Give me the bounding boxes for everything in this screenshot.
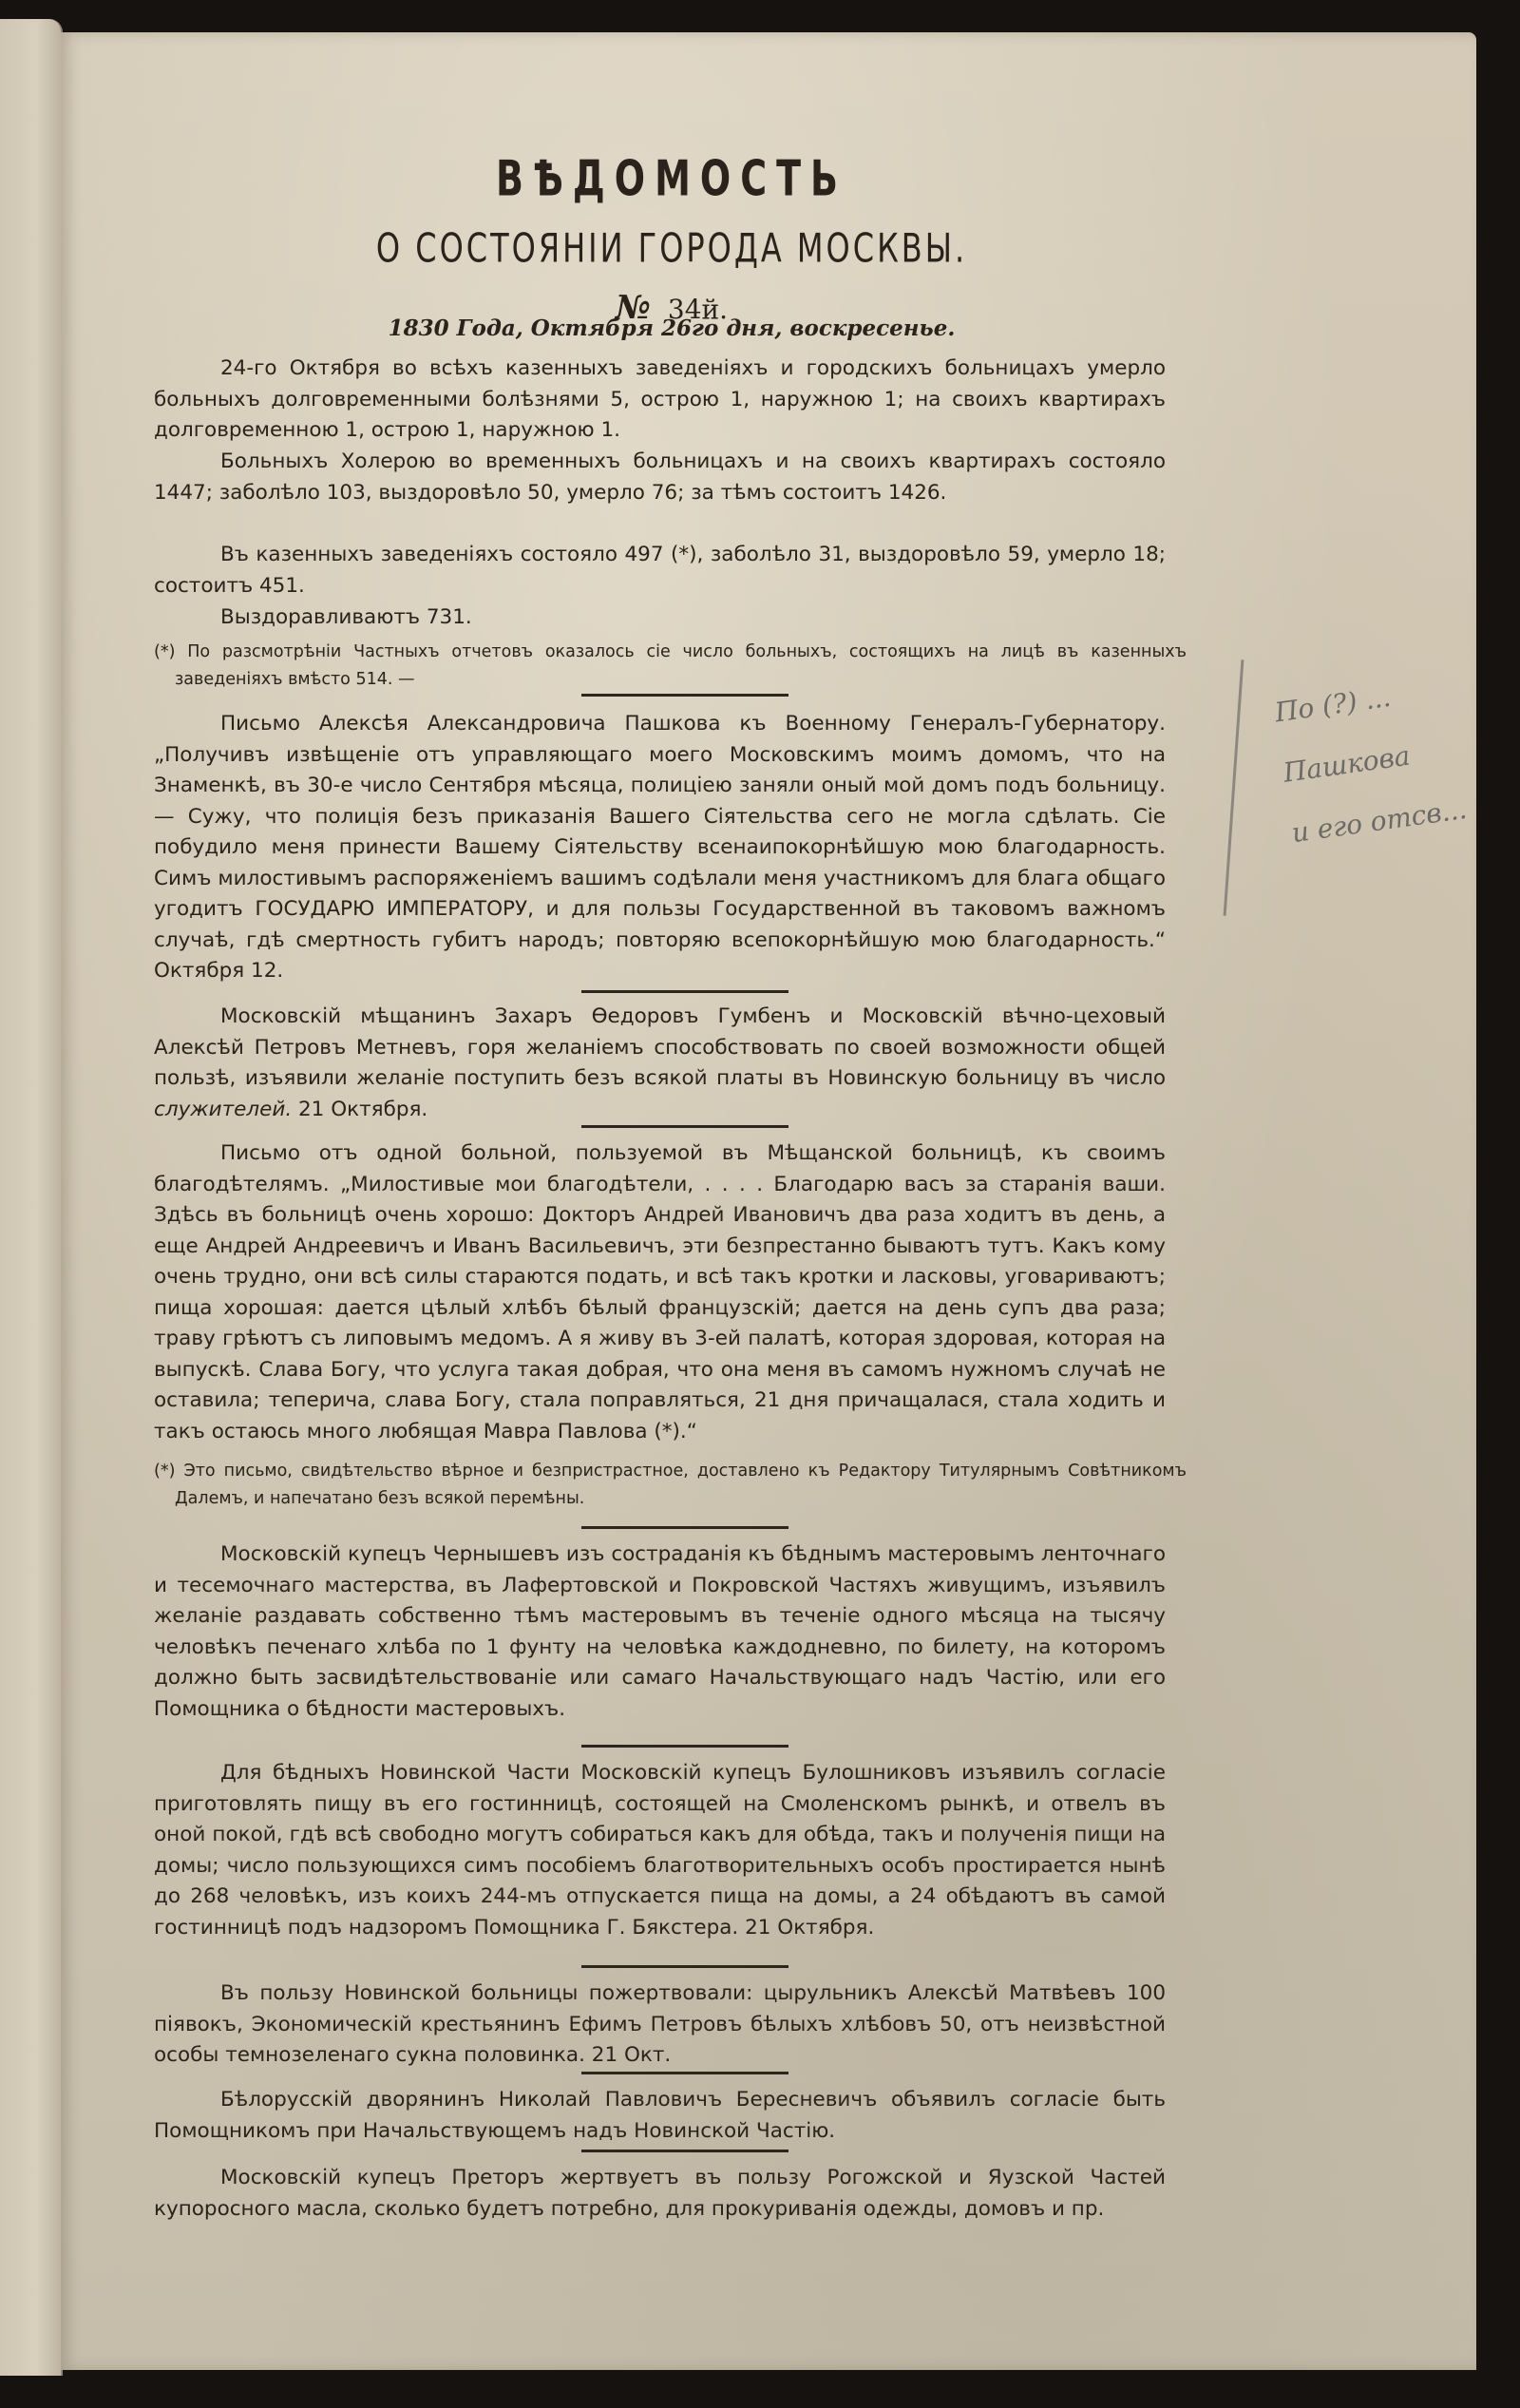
- article-pashkov-letter: Письмо Алексѣя Александровича Пашкова къ…: [154, 709, 1166, 987]
- section-divider: [581, 694, 788, 697]
- section-divider: [581, 2150, 788, 2152]
- article-chernyshev-bread: Московскій купецъ Чернышевъ изъ сострада…: [154, 1539, 1166, 1725]
- article-patient-letter-footnote: (*) Это письмо, свидѣтельство вѣрное и б…: [154, 1458, 1187, 1513]
- section-divider: [581, 1965, 788, 1968]
- report-paragraph-cholera: Больныхъ Холерою во временныхъ больницах…: [154, 447, 1166, 508]
- section-divider: [581, 1745, 788, 1748]
- masthead-title: ВѢДОМОСТЬ: [154, 150, 1189, 206]
- article-beresnevich: Бѣлорусскій дворянинъ Николай Павловичъ …: [154, 2085, 1166, 2147]
- section-divider: [581, 1526, 788, 1529]
- newspaper-page: ВѢДОМОСТЬ О СОСТОЯНІИ ГОРОДА МОСКВЫ. №34…: [61, 32, 1476, 2370]
- section-divider: [581, 990, 788, 993]
- masthead-subtitle: О СОСТОЯНІИ ГОРОДА МОСКВЫ.: [154, 224, 1189, 271]
- article-pretor-donation: Московскій купецъ Преторъ жертвуетъ въ п…: [154, 2163, 1166, 2225]
- article-donations: Въ пользу Новинской больницы пожертвовал…: [154, 1978, 1166, 2072]
- dateline: 1830 Года, Октября 26го дня, воскресенье…: [154, 315, 1189, 341]
- article-volunteers-date: 21 Октября.: [292, 1098, 427, 1121]
- report-paragraph-recovering: Выздоравливаютъ 731.: [154, 602, 1166, 634]
- article-volunteers-italic: служителей.: [154, 1098, 292, 1121]
- adjacent-page-edge: [0, 19, 63, 2376]
- report-paragraph-deaths: 24-го Октября во всѣхъ казенныхъ заведен…: [154, 354, 1166, 447]
- article-patient-letter: Письмо отъ одной больной, пользуемой въ …: [154, 1138, 1166, 1447]
- article-volunteers: Московскій мѣщанинъ Захаръ Ѳедоровъ Гумб…: [154, 1002, 1166, 1125]
- report-paragraph-state-institutions: Въ казенныхъ заведеніяхъ состояло 497 (*…: [154, 540, 1166, 602]
- article-volunteers-text: Московскій мѣщанинъ Захаръ Ѳедоровъ Гумб…: [154, 1004, 1166, 1090]
- section-divider: [581, 2072, 788, 2074]
- article-buloshnikov-food: Для бѣдныхъ Новинской Части Московскій к…: [154, 1758, 1166, 1943]
- report-footnote: (*) По разсмотрѣніи Частныхъ отчетовъ ок…: [154, 639, 1187, 694]
- pencil-margin-line: [1224, 659, 1244, 916]
- pencil-margin-annotation: По (?) ... Пашкова и его отсв...: [1271, 653, 1512, 864]
- section-divider: [581, 1125, 788, 1128]
